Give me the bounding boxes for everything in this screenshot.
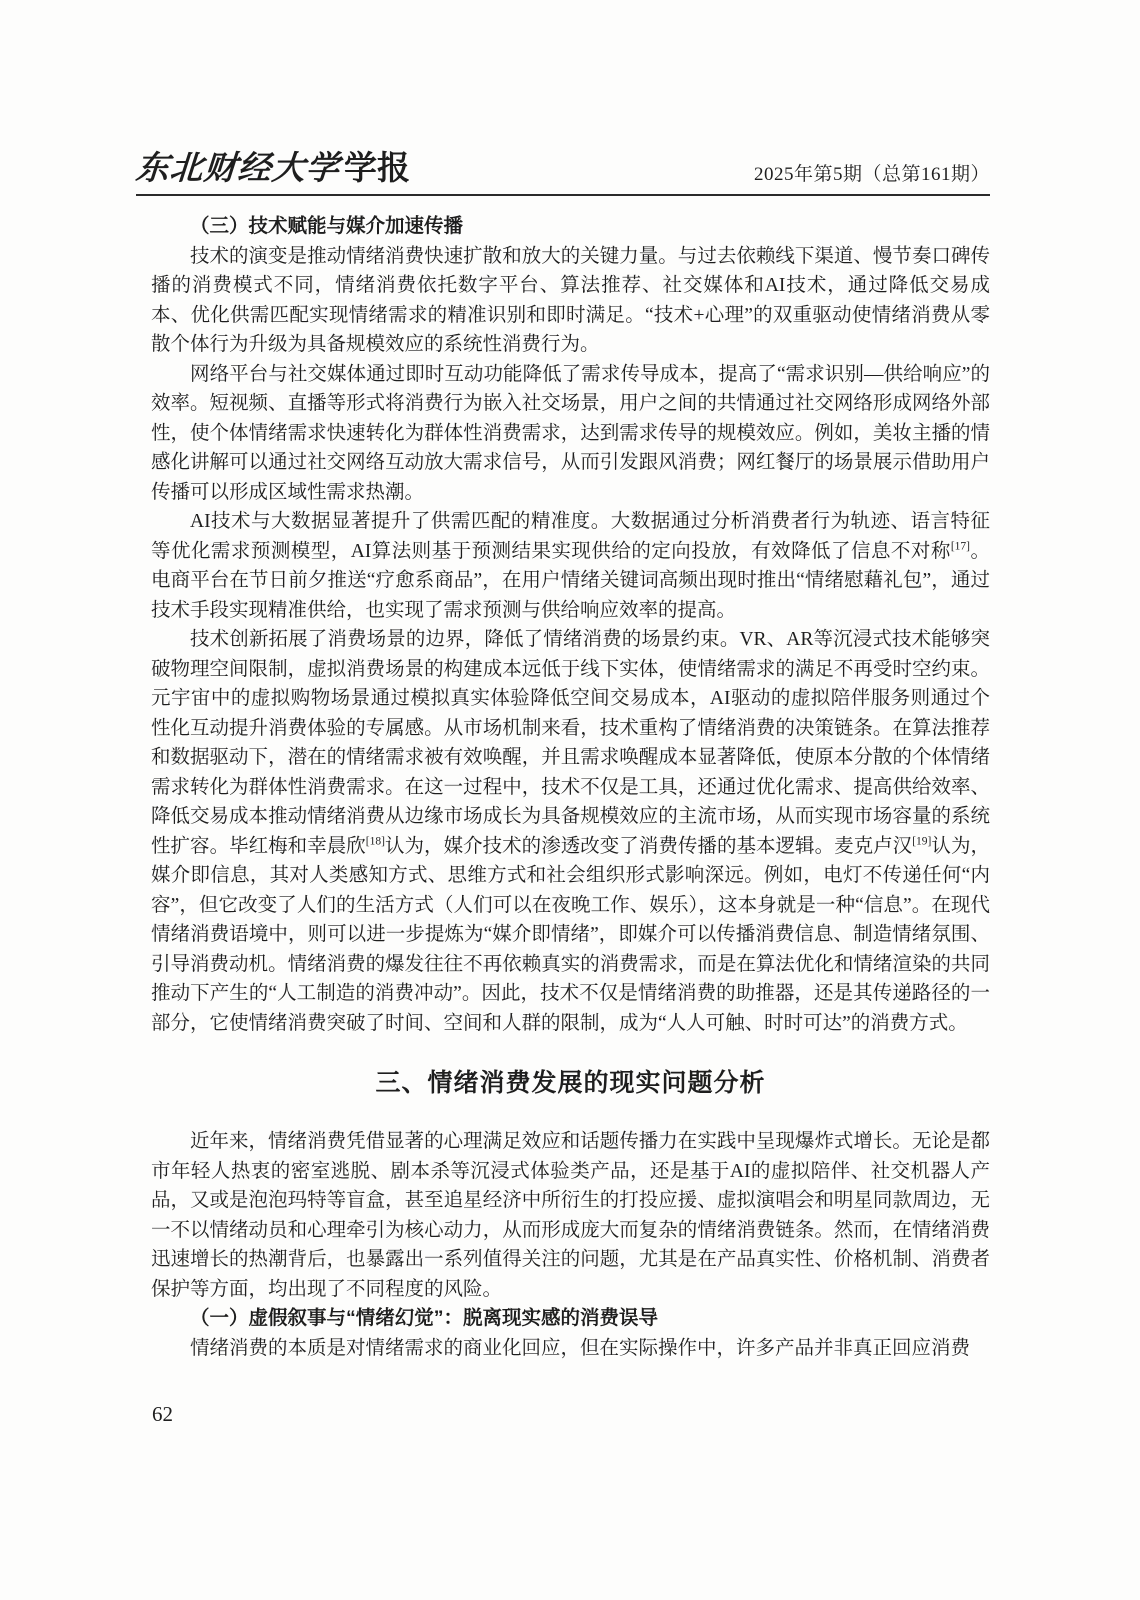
text-segment: 技术创新拓展了消费场景的边界，降低了情绪消费的场景约束。VR、AR等沉浸式技术能… — [151, 629, 990, 857]
section-title-problems-analysis: 三、情绪消费发展的现实问题分析 — [151, 1065, 990, 1101]
section-heading-tech-empowerment: （三）技术赋能与媒介加速传播 — [151, 212, 990, 242]
page-number: 62 — [152, 1402, 173, 1427]
citation-ref-18: [18] — [366, 835, 385, 847]
citation-ref-17: [17] — [951, 540, 970, 552]
journal-logo-calligraphy: 东北财经大学 — [134, 142, 341, 189]
text-segment: 认为，媒介技术的渗透改变了消费传播的基本逻辑。麦克卢汉 — [385, 836, 912, 857]
paragraph-tech-evolution: 技术的演变是推动情绪消费快速扩散和放大的关键力量。与过去依赖线下渠道、慢节奏口碑… — [151, 242, 990, 360]
text-segment: 认为，媒介即信息，其对人类感知方式、思维方式和社会组织形式影响深远。例如，电灯不… — [151, 836, 990, 1034]
article-body: （三）技术赋能与媒介加速传播 技术的演变是推动情绪消费快速扩散和放大的关键力量。… — [151, 212, 990, 1363]
issue-info: 2025年第5期（总第161期） — [754, 159, 990, 189]
journal-page: 东北财经大学 学报 2025年第5期（总第161期） （三）技术赋能与媒介加速传… — [0, 0, 1140, 1600]
paragraph-recent-years: 近年来，情绪消费凭借显著的心理满足效应和话题传播力在实践中呈现爆炸式增长。无论是… — [151, 1127, 990, 1304]
citation-ref-19: [19] — [912, 835, 931, 847]
subsection-heading-false-narrative: （一）虚假叙事与“情绪幻觉”：脱离现实感的消费误导 — [151, 1304, 990, 1334]
paragraph-tech-innovation: 技术创新拓展了消费场景的边界，降低了情绪消费的场景约束。VR、AR等沉浸式技术能… — [151, 625, 990, 1038]
text-segment: AI技术与大数据显著提升了供需匹配的精准度。大数据通过分析消费者行为轨迹、语言特… — [151, 511, 990, 562]
journal-logo: 东北财经大学 学报 — [136, 142, 410, 189]
page-header: 东北财经大学 学报 2025年第5期（总第161期） — [136, 142, 990, 196]
journal-logo-suffix: 学报 — [344, 142, 410, 189]
paragraph-network-platform: 网络平台与社交媒体通过即时互动功能降低了需求传导成本，提高了“需求识别—供给响应… — [151, 360, 990, 508]
paragraph-emotion-essence: 情绪消费的本质是对情绪需求的商业化回应，但在实际操作中，许多产品并非真正回应消费 — [151, 1334, 990, 1364]
paragraph-ai-bigdata: AI技术与大数据显著提升了供需匹配的精准度。大数据通过分析消费者行为轨迹、语言特… — [151, 507, 990, 625]
